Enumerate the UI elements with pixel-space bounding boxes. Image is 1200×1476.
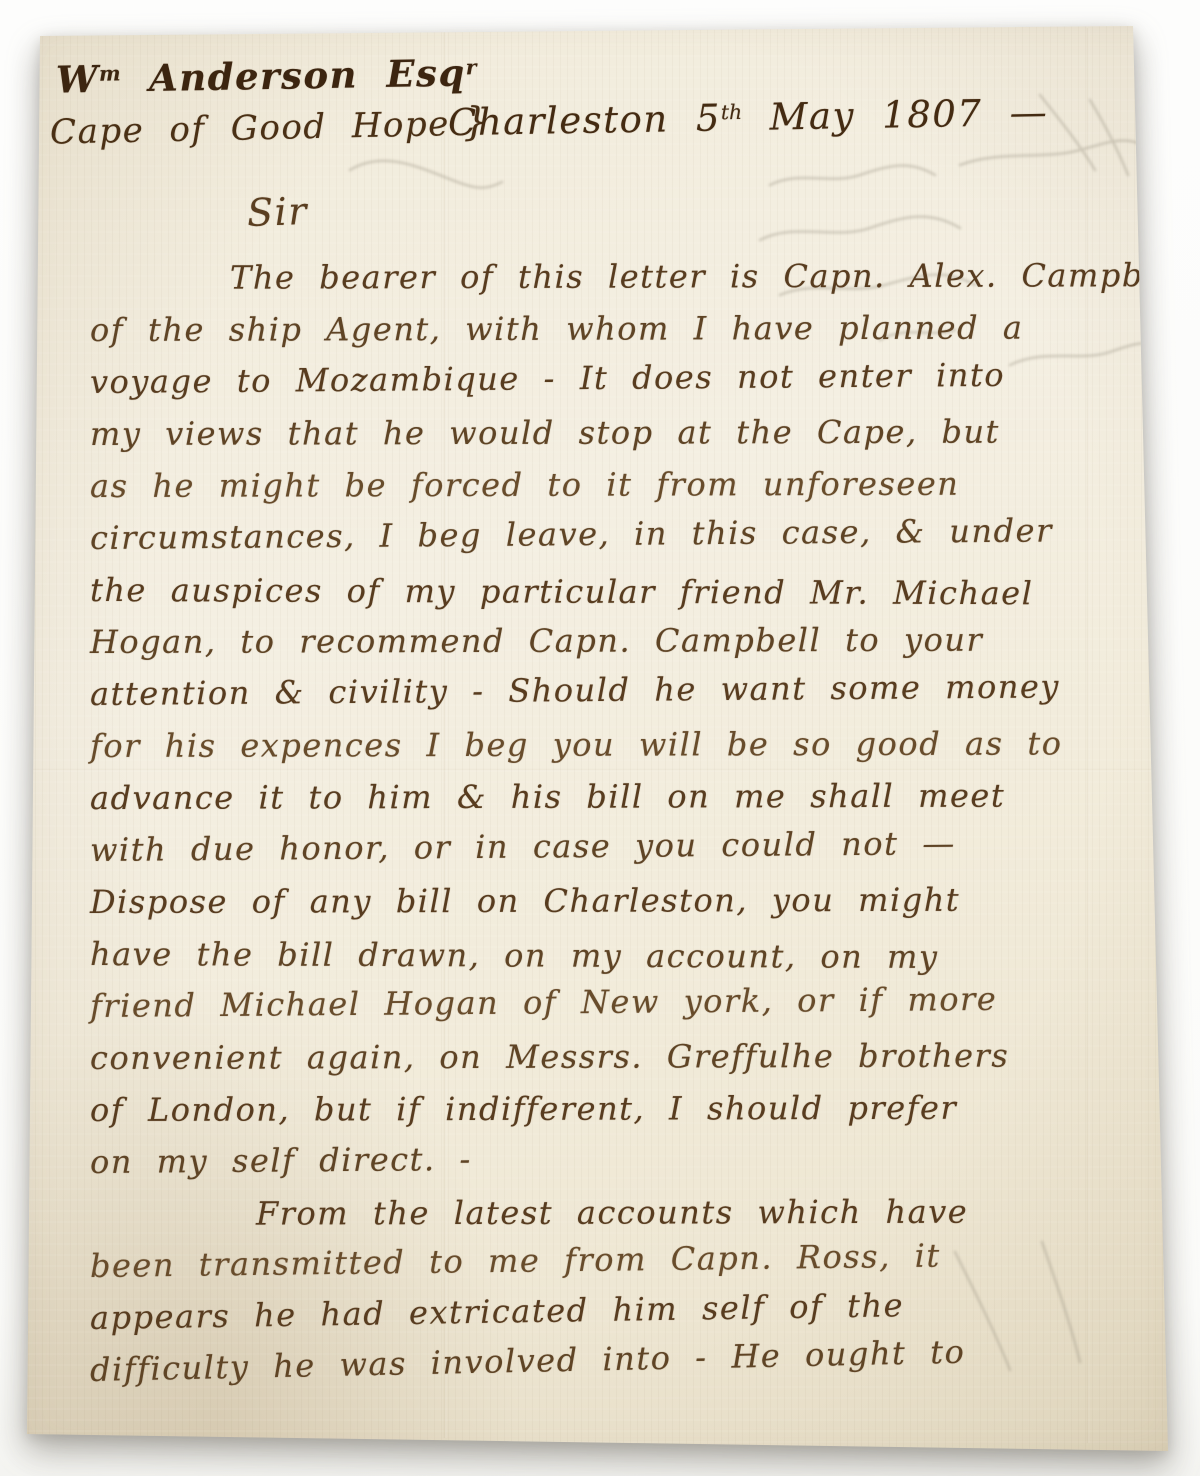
addressee-name-superscript2: r bbox=[465, 55, 476, 79]
letter-line: circumstances, I beg leave, in this case… bbox=[90, 503, 1184, 564]
letter-paper-wrap: Wm Anderson Esqr Cape of Good Hope} Char… bbox=[0, 0, 1200, 1476]
letter-line: convenient again, on Messrs. Greffulhe b… bbox=[90, 1029, 1184, 1084]
letter-line: attention & civility - Should he want so… bbox=[90, 659, 1184, 720]
letter-page: Wm Anderson Esqr Cape of Good Hope} Char… bbox=[0, 0, 1200, 1476]
dateline: Charleston 5th May 1807 — bbox=[448, 91, 1049, 144]
addressee-place: Cape of Good Hope} bbox=[50, 99, 491, 153]
photo-background: Wm Anderson Esqr Cape of Good Hope} Char… bbox=[0, 0, 1200, 1476]
dateline-superscript: th bbox=[721, 100, 743, 124]
letter-line: the auspices of my particular friend Mr.… bbox=[90, 564, 1184, 620]
letter-line: on my self direct. - bbox=[90, 1127, 1184, 1188]
addressee-place-text: Cape of Good Hope bbox=[50, 104, 451, 152]
letter-line: for his expences I beg you will be so go… bbox=[90, 717, 1184, 772]
dateline-part1: Charleston 5 bbox=[448, 96, 722, 144]
letter-line: my views that he would stop at the Cape,… bbox=[90, 405, 1184, 460]
addressee-name: Wm Anderson Esqr bbox=[56, 50, 477, 101]
letter-line: The bearer of this letter is Capn. Alex.… bbox=[90, 249, 1184, 304]
addressee-name-part2: Anderson Esq bbox=[120, 51, 466, 101]
addressee-name-part1: W bbox=[56, 57, 100, 102]
addressee-name-superscript1: m bbox=[99, 61, 121, 85]
letter-body: The bearer of this letter is Capn. Alex.… bbox=[90, 252, 1184, 1396]
letter-line: with due honor, or in case you could not… bbox=[90, 815, 1184, 876]
salutation: Sir bbox=[246, 189, 308, 235]
letter-line: friend Michael Hogan of New york, or if … bbox=[90, 971, 1184, 1032]
dateline-part2: May 1807 — bbox=[742, 91, 1049, 139]
letter-line: voyage to Mozambique - It does not enter… bbox=[90, 347, 1184, 408]
letter-line: Dispose of any bill on Charleston, you m… bbox=[90, 873, 1184, 928]
letter-content: Wm Anderson Esqr Cape of Good Hope} Char… bbox=[0, 0, 1200, 1476]
